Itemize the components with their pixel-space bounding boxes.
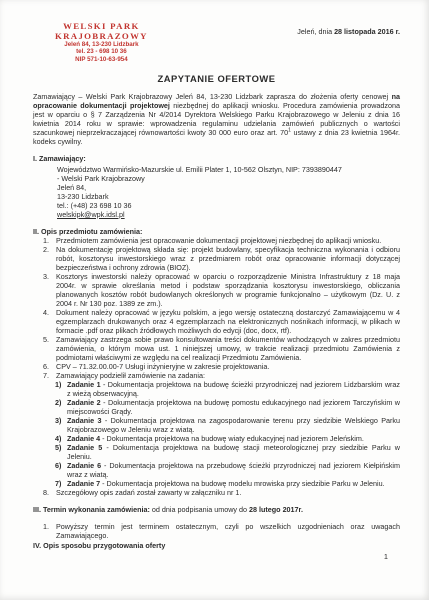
task-number: 6) — [55, 461, 67, 479]
address-line-park: - Welski Park Krajobrazowy — [57, 174, 400, 183]
task-body: Zadanie 5 - Dokumentacja projektowa na b… — [67, 443, 400, 461]
stamp-nip-line: NIP 571-10-63-954 — [55, 56, 148, 63]
document-page: WELSKI PARK KRAJOBRAZOWY Jeleń 84, 13-23… — [0, 0, 429, 600]
task-number: 3) — [55, 416, 67, 434]
section-2-heading: II. Opis przedmiotu zamówienia: — [33, 227, 400, 236]
list-item-1: 1. Przedmiotem zamówienia jest opracowan… — [43, 236, 400, 245]
task-item-3: 3) Zadanie 3 - Dokumentacja projektowa n… — [55, 416, 400, 434]
task-text: - Dokumentacja projektowa na zagospodaro… — [67, 416, 400, 434]
task-body: Zadanie 1 - Dokumentacja projektowa na b… — [67, 380, 400, 398]
item-text: Zamawiający podzielił zamówienie na zada… — [56, 371, 400, 380]
item-number: 8. — [43, 488, 56, 497]
address-line-street: Jeleń 84, — [57, 183, 400, 192]
list-item-7: 7. Zamawiający podzielił zamówienie na z… — [43, 371, 400, 380]
task-label: Zadanie 2 — [67, 398, 101, 407]
intro-text-1: Zamawiający – Welski Park Krajobrazowy J… — [33, 92, 392, 101]
task-number: 2) — [55, 398, 67, 416]
task-text: - Dokumentacja projektowa na przebudowę … — [67, 461, 400, 479]
item-number: 5. — [43, 335, 56, 362]
section-4-heading: IV. Opis sposobu przygotowania oferty — [33, 541, 400, 550]
section-3-heading-line: III. Termin wykonania zamówienia: od dni… — [33, 505, 400, 514]
item-text: Kosztorys inwestorski należy opracować w… — [56, 272, 400, 308]
section-1-heading: I. Zamawiający: — [33, 154, 400, 163]
stamp-org-name-line-2: KRAJOBRAZOWY — [55, 32, 148, 42]
task-label: Zadanie 5 — [67, 443, 102, 452]
task-body: Zadanie 4 - Dokumentacja projektowa na b… — [67, 434, 400, 443]
list-item-5: 5. Zamawiający zastrzega sobie prawo kon… — [43, 335, 400, 362]
item-number: 2. — [43, 245, 56, 272]
task-label: Zadanie 6 — [67, 461, 101, 470]
stamp-address-line: Jeleń 84, 13-230 Lidzbark — [55, 41, 148, 48]
item-number: 7. — [43, 371, 56, 380]
section-3-item-1: 1. Powyższy termin jest terminem ostatec… — [43, 522, 400, 540]
task-number: 5) — [55, 443, 67, 461]
item-text: Szczegółowy opis zadań został zawarty w … — [56, 488, 400, 497]
task-body: Zadanie 6 - Dokumentacja projektowa na p… — [67, 461, 400, 479]
page-number: 1 — [384, 552, 388, 561]
item-text: CPV – 71.32.00.00-7 Usługi inżynieryjne … — [56, 362, 400, 371]
task-label: Zadanie 3 — [67, 416, 102, 425]
organization-stamp: WELSKI PARK KRAJOBRAZOWY Jeleń 84, 13-23… — [55, 22, 148, 63]
list-item-2: 2. Na dokumentację projektową składa się… — [43, 245, 400, 272]
list-item-8: 8. Szczegółowy opis zadań został zawarty… — [43, 488, 400, 497]
item-text: Dokument należy opracować w języku polsk… — [56, 308, 400, 335]
item-number: 1. — [43, 236, 56, 245]
item-number: 3. — [43, 272, 56, 308]
item-number: 1. — [43, 522, 56, 540]
task-label: Zadanie 7 — [67, 479, 100, 488]
item-text: Na dokumentację projektową składa się: p… — [56, 245, 400, 272]
stamp-phone-line: tel. 23 - 698 10 36 — [55, 48, 148, 55]
task-text: - Dokumentacja projektowa na budowę wiat… — [100, 434, 364, 443]
task-text: - Dokumentacja projektowa na budowę mode… — [100, 479, 384, 488]
task-item-2: 2) Zadanie 2 - Dokumentacja projektowa n… — [55, 398, 400, 416]
task-item-5: 5) Zadanie 5 - Dokumentacja projektowa n… — [55, 443, 400, 461]
item-number: 6. — [43, 362, 56, 371]
list-item-6: 6. CPV – 71.32.00.00-7 Usługi inżynieryj… — [43, 362, 400, 371]
section-1: I. Zamawiający: Województwo Warmińsko-Ma… — [33, 154, 400, 219]
list-item-4: 4. Dokument należy opracować w języku po… — [43, 308, 400, 335]
contracting-authority-address: Województwo Warmińsko-Mazurskie ul. Emil… — [57, 165, 400, 219]
section-2: II. Opis przedmiotu zamówienia: 1. Przed… — [33, 227, 400, 497]
document-header: WELSKI PARK KRAJOBRAZOWY Jeleń 84, 13-23… — [33, 14, 400, 63]
date-value: 28 listopada 2016 r. — [334, 27, 400, 36]
task-item-4: 4) Zadanie 4 - Dokumentacja projektowa n… — [55, 434, 400, 443]
section-3-text: od dnia podpisania umowy do — [150, 505, 249, 514]
address-line-city: 13-230 Lidzbark — [57, 192, 400, 201]
date-prefix: Jeleń, dnia — [297, 27, 334, 36]
task-number: 4) — [55, 434, 67, 443]
task-item-6: 6) Zadanie 6 - Dokumentacja projektowa n… — [55, 461, 400, 479]
document-title: ZAPYTANIE OFERTOWE — [33, 74, 400, 83]
task-body: Zadanie 2 - Dokumentacja projektowa na b… — [67, 398, 400, 416]
task-number: 1) — [55, 380, 67, 398]
section-3-deadline: 28 lutego 2017r. — [249, 505, 303, 514]
item-text: Zamawiający zastrzega sobie prawo konsul… — [56, 335, 400, 362]
task-number: 7) — [55, 479, 67, 488]
item-text: Powyższy termin jest terminem ostateczny… — [56, 522, 400, 540]
email-address: welskipk@wpk.idsl.pl — [57, 210, 400, 219]
task-text: - Dokumentacja projektowa na budowę stac… — [67, 443, 400, 461]
task-label: Zadanie 4 — [67, 434, 100, 443]
task-label: Zadanie 1 — [67, 380, 101, 389]
intro-paragraph: Zamawiający – Welski Park Krajobrazowy J… — [33, 92, 400, 146]
task-item-7: 7) Zadanie 7 - Dokumentacja projektowa n… — [55, 479, 400, 488]
item-number: 4. — [43, 308, 56, 335]
item-text: Przedmiotem zamówienia jest opracowanie … — [56, 236, 400, 245]
task-body: Zadanie 3 - Dokumentacja projektowa na z… — [67, 416, 400, 434]
document-date: Jeleń, dnia 28 listopada 2016 r. — [297, 27, 400, 36]
task-text: - Dokumentacja projektowa na budowę pomo… — [67, 398, 400, 416]
address-line-phone: tel.: (+48) 23 698 10 36 — [57, 201, 400, 210]
task-text: - Dokumentacja projektowa na budowę ście… — [67, 380, 400, 398]
section-3-heading: III. Termin wykonania zamówienia: — [33, 505, 150, 514]
address-line-voivodeship: Województwo Warmińsko-Mazurskie ul. Emil… — [57, 165, 400, 174]
task-body: Zadanie 7 - Dokumentacja projektowa na b… — [67, 479, 400, 488]
task-item-1: 1) Zadanie 1 - Dokumentacja projektowa n… — [55, 380, 400, 398]
list-item-3: 3. Kosztorys inwestorski należy opracowa… — [43, 272, 400, 308]
